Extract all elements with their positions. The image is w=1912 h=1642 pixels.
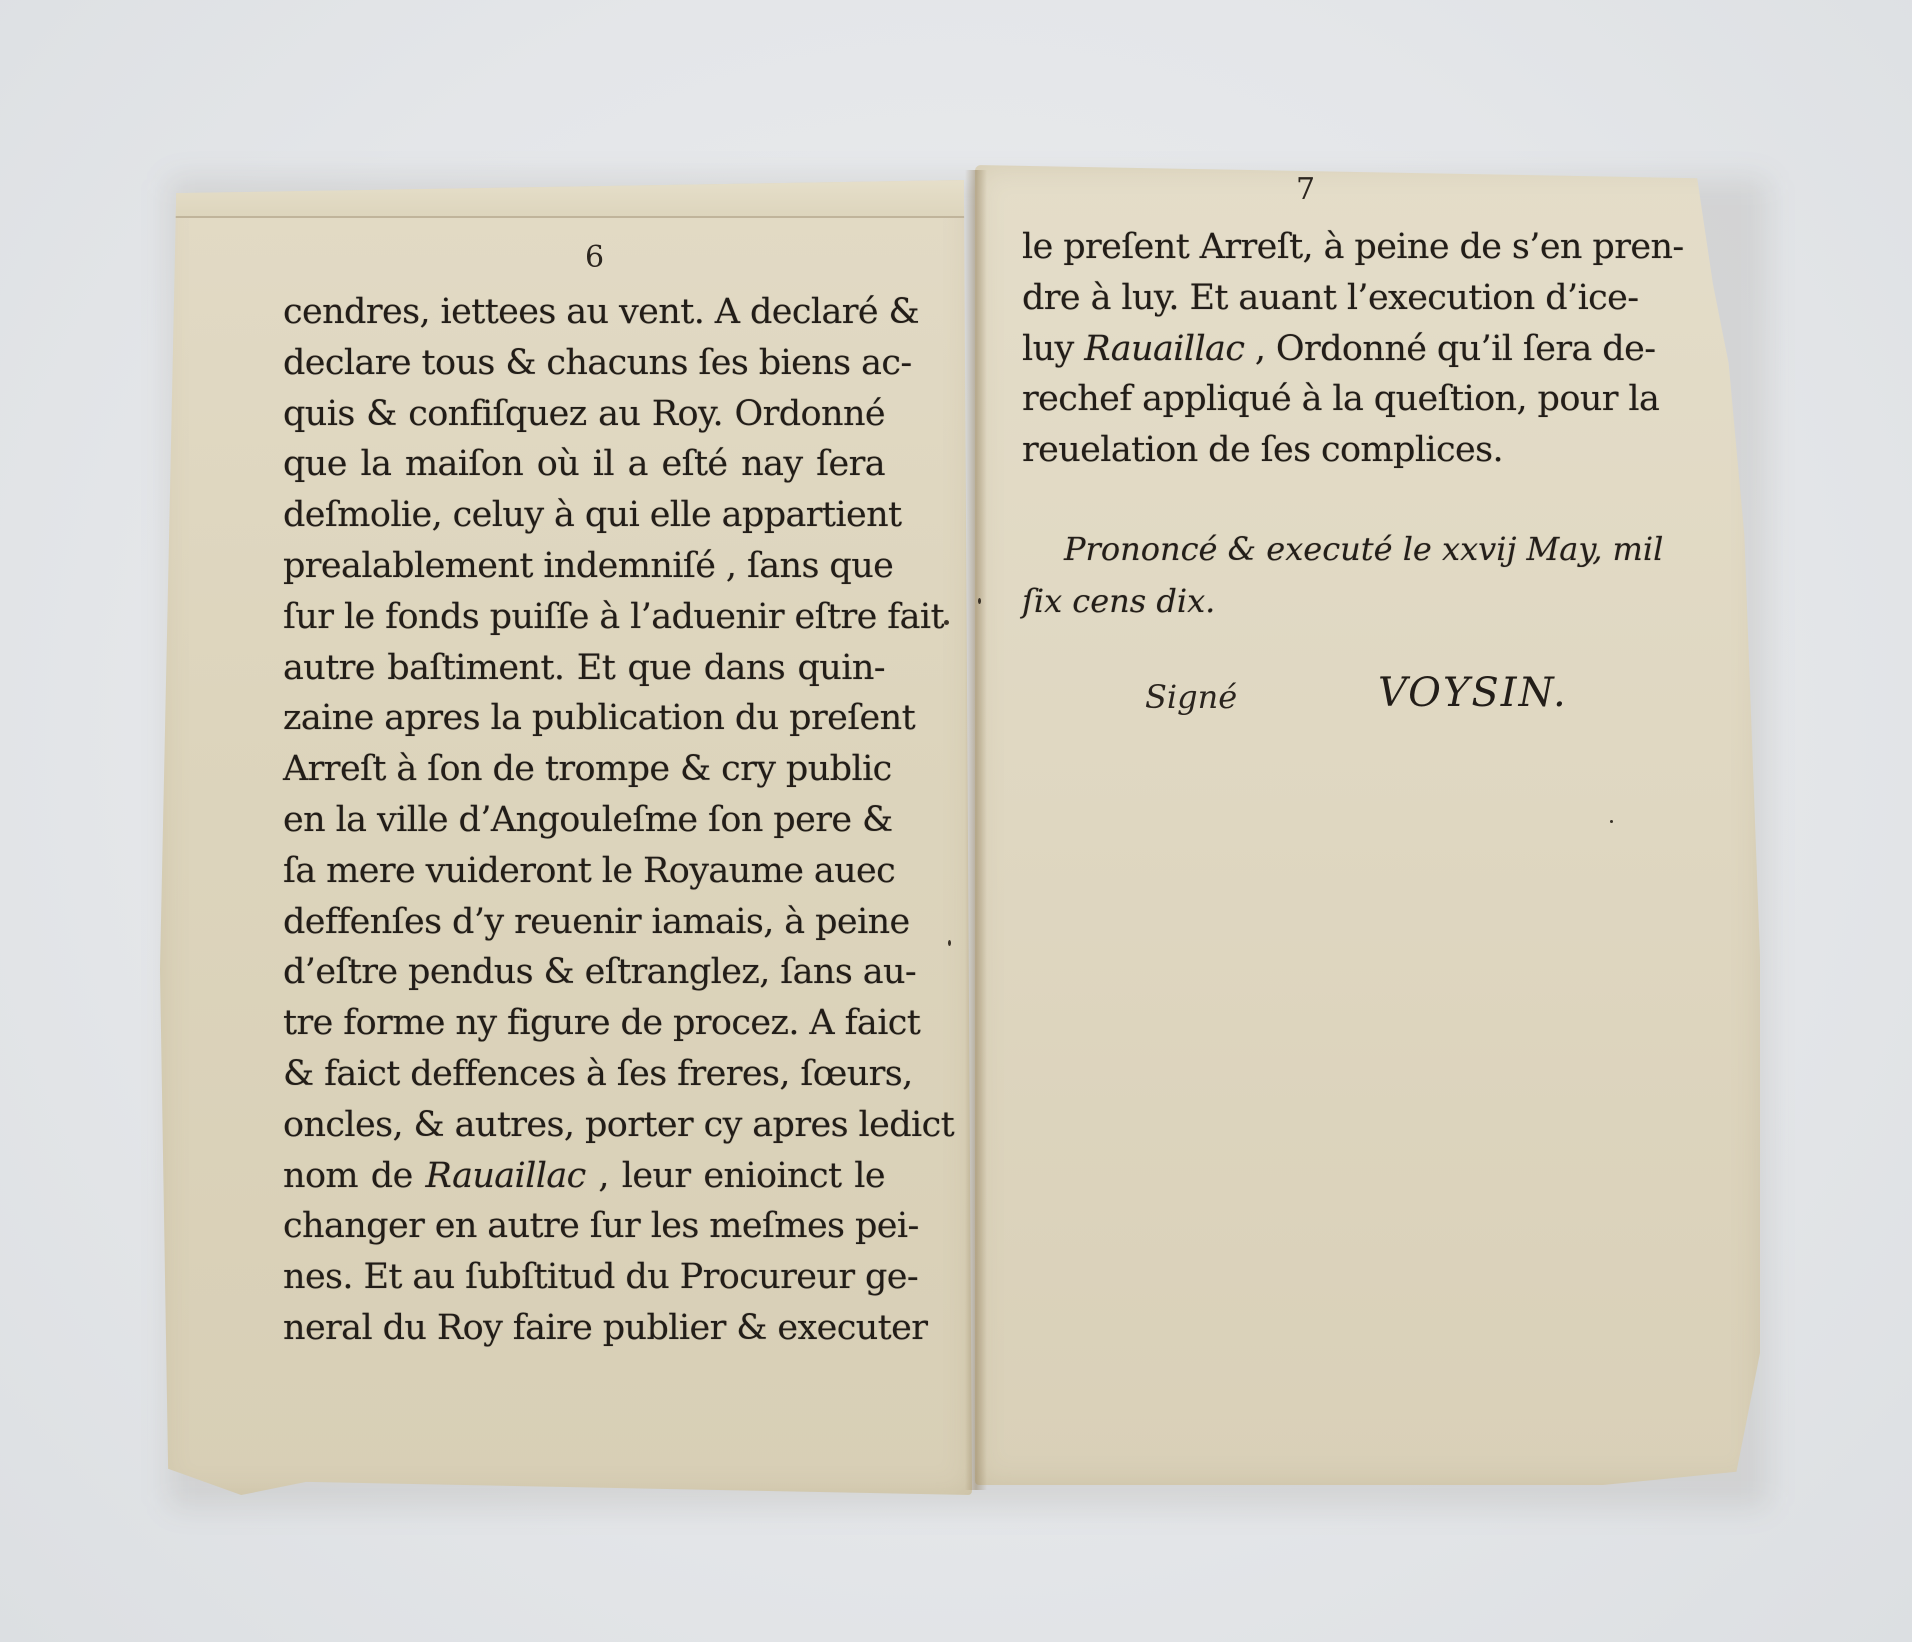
- date-line: ſix cens dix.: [1022, 575, 1620, 627]
- ink-speck: [1610, 820, 1613, 823]
- text-line: deſmolie, celuy à qui elle appartient: [283, 490, 885, 541]
- signature-label: Signé: [1145, 678, 1237, 716]
- text-line: oncles, & autres, porter cy apres ledict: [283, 1100, 885, 1151]
- text-line: dre à luy. Et auant l’execution d’ice-: [1022, 273, 1620, 324]
- name-ravaillac: Rauaillac: [1084, 329, 1244, 369]
- text-line: reuelation de ſes complices.: [1022, 425, 1620, 476]
- text-line: Arreſt à ſon de trompe & cry public: [283, 744, 885, 795]
- text-line: deffenſes d’y reuenir iamais, à peine: [283, 897, 885, 948]
- date-line: Prononcé & executé le xxvij May, mil: [1022, 523, 1620, 575]
- text-line: neral du Roy faire publier & executer: [283, 1303, 885, 1354]
- pronouncement-date: Prononcé & executé le xxvij May, mil ſix…: [1022, 523, 1620, 627]
- right-page-text: le preſent Arreſt, à peine de s’en pren-…: [1022, 222, 1620, 476]
- text-line: cendres, iettees au vent. A declaré &: [283, 287, 885, 338]
- text-line: nes. Et au ſubſtitud du Procureur ge-: [283, 1252, 885, 1303]
- text-line: ſa mere vuideront le Royaume auec: [283, 846, 885, 897]
- text-line: le preſent Arreſt, à peine de s’en pren-: [1022, 222, 1620, 273]
- book-gutter: [965, 170, 987, 1490]
- name-ravaillac: Rauaillac: [426, 1156, 586, 1196]
- text-line: autre baſtiment. Et que dans quin-: [283, 643, 885, 694]
- left-page-text: cendres, iettees au vent. A declaré & de…: [283, 287, 885, 1354]
- signature-name: VOYSIN.: [1378, 670, 1568, 716]
- text-line: & faict deffences à ſes freres, ſœurs,: [283, 1049, 885, 1100]
- text-line: zaine apres la publication du preſent: [283, 693, 885, 744]
- text-line: d’eſtre pendus & eſtranglez, ſans au-: [283, 947, 885, 998]
- text-line: rechef appliqué à la queſtion, pour la: [1022, 374, 1620, 425]
- text-line: tre forme ny figure de procez. A faict: [283, 998, 885, 1049]
- text-line: que la maiſon où il a eſté nay ſera: [283, 439, 885, 490]
- text-line: prealablement indemniſé , ſans que: [283, 541, 885, 592]
- ink-speck: [944, 620, 949, 625]
- text-line-with-name: luy Rauaillac , Ordonné qu’il ſera de-: [1022, 324, 1620, 375]
- ink-speck: [948, 940, 951, 946]
- right-page-number: 7: [1296, 172, 1315, 207]
- left-page-number: 6: [585, 240, 604, 275]
- text-line: quis & confiſquez au Roy. Ordonné: [283, 389, 885, 440]
- text-line: ſur le fonds puiſſe à l’aduenir eſtre fa…: [283, 592, 885, 643]
- text-line: declare tous & chacuns ſes biens ac-: [283, 338, 885, 389]
- text-line: changer en autre ſur les meſmes pei-: [283, 1201, 885, 1252]
- ink-speck: [978, 598, 981, 604]
- text-line: en la ville d’Angouleſme ſon pere &: [283, 795, 885, 846]
- text-line-with-name: nom de Rauaillac , leur enioinct le: [283, 1151, 885, 1202]
